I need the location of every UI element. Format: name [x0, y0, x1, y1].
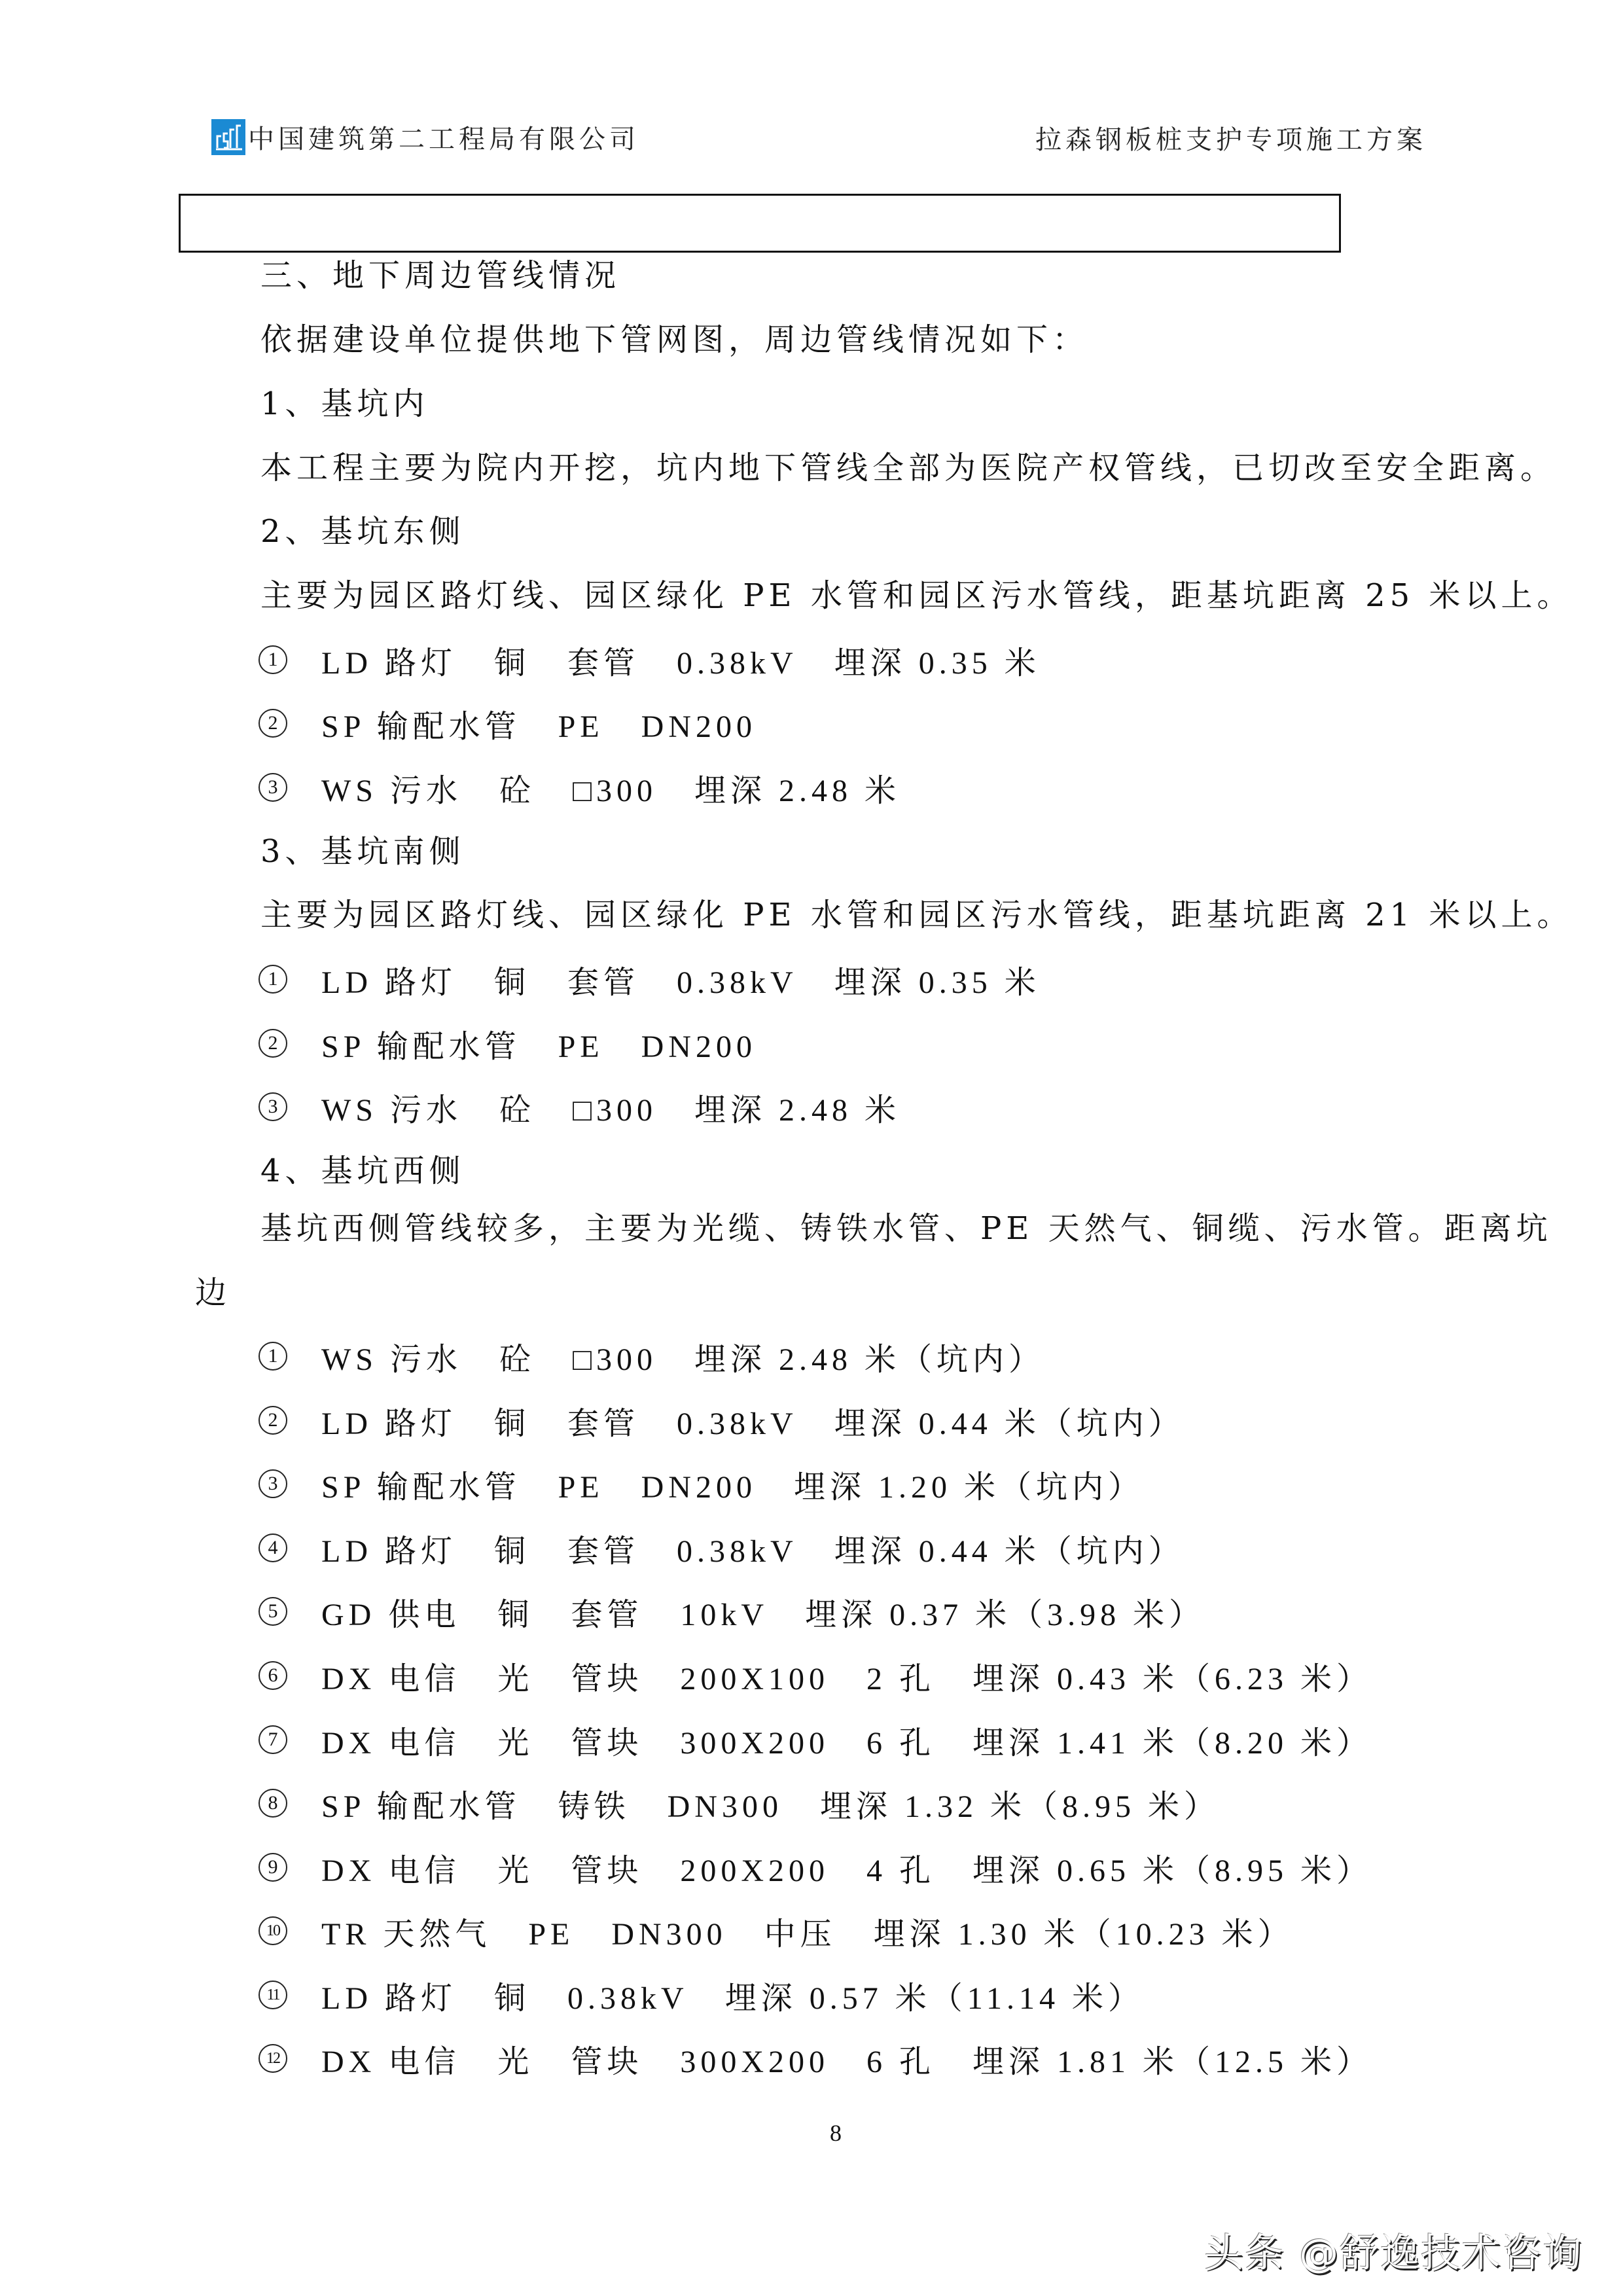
- pipeline-entry: SP 输配水管 PE DN200 埋深 1.20 米（坑内）: [321, 1462, 1144, 1507]
- list-item: 12 DX 电信 光 管块 300X200 6 孔 埋深 1.81 米（12.5…: [259, 2039, 1372, 2078]
- circled-number: 1: [259, 1342, 287, 1371]
- pipeline-entry: DX 电信 光 管块 300X200 6 孔 埋深 1.41 米（8.20 米）: [321, 1717, 1372, 1763]
- list-item: 10 TR 天然气 PE DN300 中压 埋深 1.30 米（10.23 米）: [259, 1911, 1294, 1950]
- subsection-text-south: 主要为园区路灯线、园区绿化 PE 水管和园区污水管线，距基坑距离 21 米以上。: [260, 895, 1573, 935]
- section-intro: 依据建设单位提供地下管网图，周边管线情况如下：: [260, 320, 1088, 359]
- list-item: 1 LD 路灯 铜 套管 0.38kV 埋深 0.35 米: [259, 960, 1041, 999]
- list-item: 11 LD 路灯 铜 0.38kV 埋深 0.57 米（11.14 米）: [259, 1975, 1144, 2015]
- list-item: 7 DX 电信 光 管块 300X200 6 孔 埋深 1.41 米（8.20 …: [259, 1720, 1372, 1759]
- list-item: 3 SP 输配水管 PE DN200 埋深 1.20 米（坑内）: [259, 1464, 1144, 1503]
- pipeline-entry: LD 路灯 铜 套管 0.38kV 埋深 0.44 米（坑内）: [321, 1398, 1185, 1443]
- subsection-title-west: 4、基坑西侧: [260, 1151, 465, 1191]
- subsection-title-south: 3、基坑南侧: [260, 832, 465, 871]
- subsection-text-west-wrap: 边: [195, 1273, 231, 1312]
- circled-number: 2: [259, 709, 287, 738]
- list-item: 1 WS 污水 砼 □300 埋深 2.48 米（坑内）: [259, 1336, 1044, 1376]
- circled-number: 11: [259, 1981, 287, 2009]
- list-item: 8 SP 输配水管 铸铁 DN300 埋深 1.32 米（8.95 米）: [259, 1784, 1220, 1823]
- pipeline-entry: LD 路灯 铜 套管 0.38kV 埋深 0.35 米: [321, 957, 1041, 1002]
- list-item: 2 SP 输配水管 PE DN200: [259, 1024, 757, 1063]
- header-frame-box: [179, 194, 1341, 253]
- circled-number: 1: [259, 645, 287, 674]
- header-left: 中国建筑第二工程局有限公司: [211, 117, 639, 157]
- pipeline-entry: GD 供电 铜 套管 10kV 埋深 0.37 米（3.98 米）: [321, 1589, 1205, 1634]
- document-page: 中国建筑第二工程局有限公司 拉森钢板桩支护专项施工方案 三、地下周边管线情况 依…: [0, 0, 1623, 2296]
- document-title: 拉森钢板桩支护专项施工方案: [1035, 119, 1427, 156]
- pipeline-entry: WS 污水 砼 □300 埋深 2.48 米: [321, 765, 901, 810]
- circled-number: 3: [259, 1092, 287, 1121]
- header-right: 拉森钢板桩支护专项施工方案: [1035, 118, 1427, 157]
- pipeline-entry: DX 电信 光 管块 200X200 4 孔 埋深 0.65 米（8.95 米）: [321, 1845, 1372, 1890]
- pipeline-entry: WS 污水 砼 □300 埋深 2.48 米: [321, 1085, 901, 1130]
- circled-number: 6: [259, 1661, 287, 1690]
- pipeline-entry: WS 污水 砼 □300 埋深 2.48 米（坑内）: [321, 1334, 1044, 1379]
- list-item: 5 GD 供电 铜 套管 10kV 埋深 0.37 米（3.98 米）: [259, 1592, 1205, 1631]
- pipeline-entry: LD 路灯 铜 套管 0.38kV 埋深 0.35 米: [321, 637, 1041, 683]
- subsection-title-east: 2、基坑东侧: [260, 512, 465, 551]
- circled-number: 4: [259, 1534, 287, 1562]
- watermark-text: 头条 @舒逸技术咨询: [1204, 2222, 1583, 2278]
- list-item: 2 SP 输配水管 PE DN200: [259, 704, 757, 743]
- list-item: 3 WS 污水 砼 □300 埋深 2.48 米: [259, 1087, 901, 1126]
- circled-number: 9: [259, 1853, 287, 1882]
- list-item: 3 WS 污水 砼 □300 埋深 2.48 米: [259, 768, 901, 807]
- page-number: 8: [830, 2119, 842, 2147]
- pipeline-entry: SP 输配水管 PE DN200: [321, 701, 757, 746]
- list-item: 2 LD 路灯 铜 套管 0.38kV 埋深 0.44 米（坑内）: [259, 1401, 1185, 1440]
- pipeline-entry: SP 输配水管 铸铁 DN300 埋深 1.32 米（8.95 米）: [321, 1781, 1220, 1826]
- circled-number: 2: [259, 1406, 287, 1435]
- circled-number: 8: [259, 1789, 287, 1818]
- pipeline-entry: LD 路灯 铜 0.38kV 埋深 0.57 米（11.14 米）: [321, 1973, 1144, 2018]
- section-heading: 三、地下周边管线情况: [260, 256, 620, 295]
- list-item: 4 LD 路灯 铜 套管 0.38kV 埋深 0.44 米（坑内）: [259, 1528, 1185, 1568]
- pipeline-entry: SP 输配水管 PE DN200: [321, 1021, 757, 1066]
- subsection-title-inside: 1、基坑内: [260, 384, 429, 423]
- pipeline-entry: TR 天然气 PE DN300 中压 埋深 1.30 米（10.23 米）: [321, 1909, 1294, 1954]
- subsection-text-inside: 本工程主要为院内开挖，坑内地下管线全部为医院产权管线，已切改至安全距离。: [260, 448, 1556, 488]
- circled-number: 5: [259, 1597, 287, 1626]
- list-item: 6 DX 电信 光 管块 200X100 2 孔 埋深 0.43 米（6.23 …: [259, 1656, 1372, 1695]
- pipeline-entry: LD 路灯 铜 套管 0.38kV 埋深 0.44 米（坑内）: [321, 1526, 1185, 1571]
- subsection-text-west: 基坑西侧管线较多，主要为光缆、铸铁水管、PE 天然气、铜缆、污水管。距离坑: [260, 1209, 1552, 1248]
- circled-number: 3: [259, 773, 287, 802]
- subsection-text-east: 主要为园区路灯线、园区绿化 PE 水管和园区污水管线，距基坑距离 25 米以上。: [260, 576, 1573, 615]
- circled-number: 7: [259, 1725, 287, 1754]
- logo-glyph-icon: [213, 122, 243, 152]
- list-item: 1 LD 路灯 铜 套管 0.38kV 埋深 0.35 米: [259, 640, 1041, 679]
- circled-number: 3: [259, 1469, 287, 1498]
- circled-number: 2: [259, 1029, 287, 1058]
- circled-number: 12: [259, 2044, 287, 2073]
- pipeline-entry: DX 电信 光 管块 300X200 6 孔 埋深 1.81 米（12.5 米）: [321, 2036, 1372, 2081]
- cscec-logo-icon: [211, 119, 245, 155]
- circled-number: 10: [259, 1916, 287, 1945]
- circled-number: 1: [259, 965, 287, 994]
- company-name: 中国建筑第二工程局有限公司: [248, 118, 639, 156]
- list-item: 9 DX 电信 光 管块 200X200 4 孔 埋深 0.65 米（8.95 …: [259, 1848, 1372, 1887]
- pipeline-entry: DX 电信 光 管块 200X100 2 孔 埋深 0.43 米（6.23 米）: [321, 1653, 1372, 1698]
